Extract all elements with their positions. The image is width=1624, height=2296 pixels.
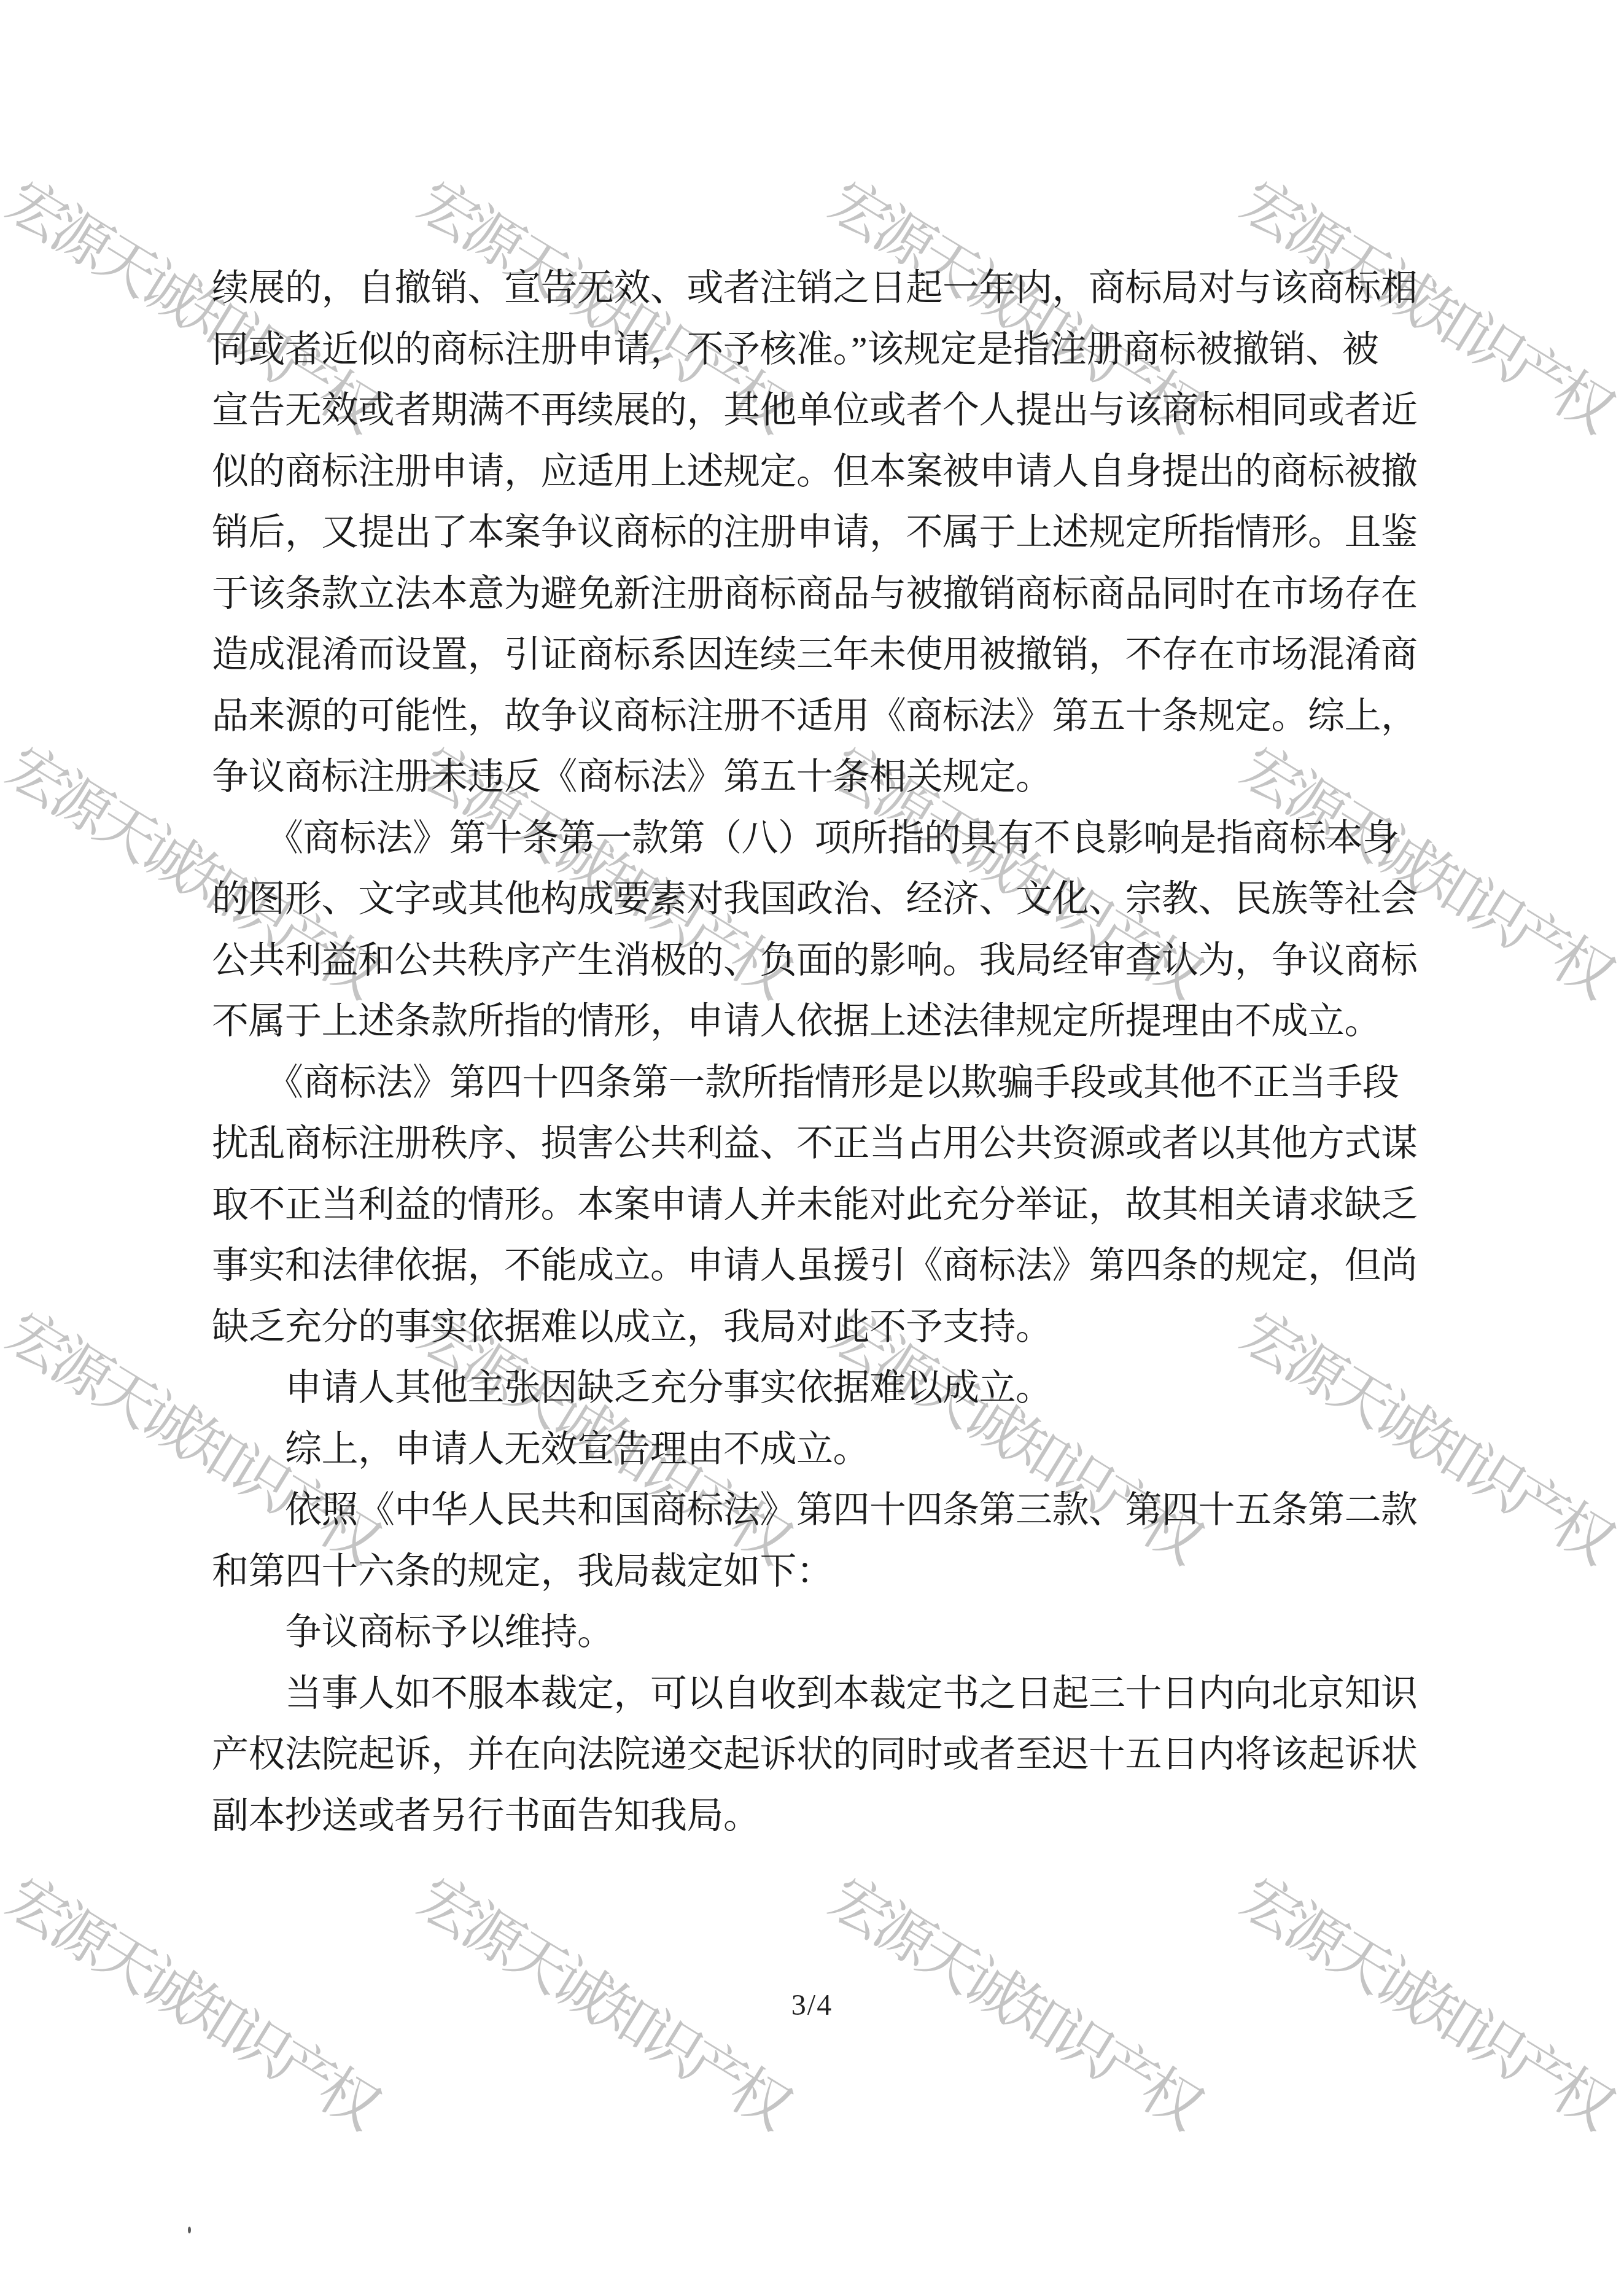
text-line: 依照《中华人民共和国商标法》第四十四条第三款、第四十五条第二款	[212, 1480, 1434, 1541]
text-line: 品来源的可能性，故争议商标注册不适用《商标法》第五十条规定。综上，	[212, 686, 1434, 747]
text-line: 销后，又提出了本案争议商标的注册申请，不属于上述规定所指情形。且鉴	[212, 502, 1434, 564]
text-line: 于该条款立法本意为避免新注册商标商品与被撤销商标商品同时在市场存在	[212, 564, 1434, 625]
text-line: 造成混淆而设置，引证商标系因连续三年未使用被撤销，不存在市场混淆商	[212, 625, 1434, 686]
text-line: 取不正当利益的情形。本案申请人并未能对此充分举证，故其相关请求缺乏	[212, 1175, 1434, 1236]
text-line: 申请人其他主张因缺乏充分事实依据难以成立。	[212, 1358, 1434, 1419]
text-line: 缺乏充分的事实依据难以成立，我局对此不予支持。	[212, 1297, 1434, 1358]
text-line: 续展的，自撤销、宣告无效、或者注销之日起一年内，商标局对与该商标相	[212, 258, 1434, 319]
page-number: 3/4	[0, 1988, 1624, 2022]
text-line: 同或者近似的商标注册申请，不予核准。”该规定是指注册商标被撤销、被	[212, 319, 1434, 381]
text-line: 争议商标注册未违反《商标法》第五十条相关规定。	[212, 747, 1434, 808]
text-line: 的图形、文字或其他构成要素对我国政治、经济、文化、宗教、民族等社会	[212, 869, 1434, 930]
scan-ink-speck-icon	[188, 2227, 191, 2233]
text-line: 当事人如不服本裁定，可以自收到本裁定书之日起三十日内向北京知识	[212, 1664, 1434, 1725]
text-line: 和第四十六条的规定，我局裁定如下：	[212, 1541, 1434, 1603]
text-line: 宣告无效或者期满不再续展的，其他单位或者个人提出与该商标相同或者近	[212, 380, 1434, 442]
text-line: 扰乱商标注册秩序、损害公共利益、不正当占用公共资源或者以其他方式谋	[212, 1113, 1434, 1175]
text-line: 综上，申请人无效宣告理由不成立。	[212, 1419, 1434, 1481]
document-body: 续展的，自撤销、宣告无效、或者注销之日起一年内，商标局对与该商标相同或者近似的商…	[212, 258, 1434, 1847]
document-page: 宏源天诚知识产权宏源天诚知识产权宏源天诚知识产权宏源天诚知识产权宏源天诚知识产权…	[0, 0, 1624, 2296]
text-line: 似的商标注册申请，应适用上述规定。但本案被申请人自身提出的商标被撤	[212, 442, 1434, 503]
text-line: 公共利益和公共秩序产生消极的、负面的影响。我局经审查认为，争议商标	[212, 930, 1434, 992]
text-line: 《商标法》第十条第一款第（八）项所指的具有不良影响是指商标本身	[212, 808, 1434, 870]
text-line: 不属于上述条款所指的情形，申请人依据上述法律规定所提理由不成立。	[212, 991, 1434, 1053]
text-line: 《商标法》第四十四条第一款所指情形是以欺骗手段或其他不正当手段	[212, 1053, 1434, 1114]
text-line: 副本抄送或者另行书面告知我局。	[212, 1786, 1434, 1847]
text-line: 事实和法律依据，不能成立。申请人虽援引《商标法》第四条的规定，但尚	[212, 1236, 1434, 1297]
text-line: 争议商标予以维持。	[212, 1602, 1434, 1664]
text-line: 产权法院起诉，并在向法院递交起诉状的同时或者至迟十五日内将该起诉状	[212, 1724, 1434, 1786]
